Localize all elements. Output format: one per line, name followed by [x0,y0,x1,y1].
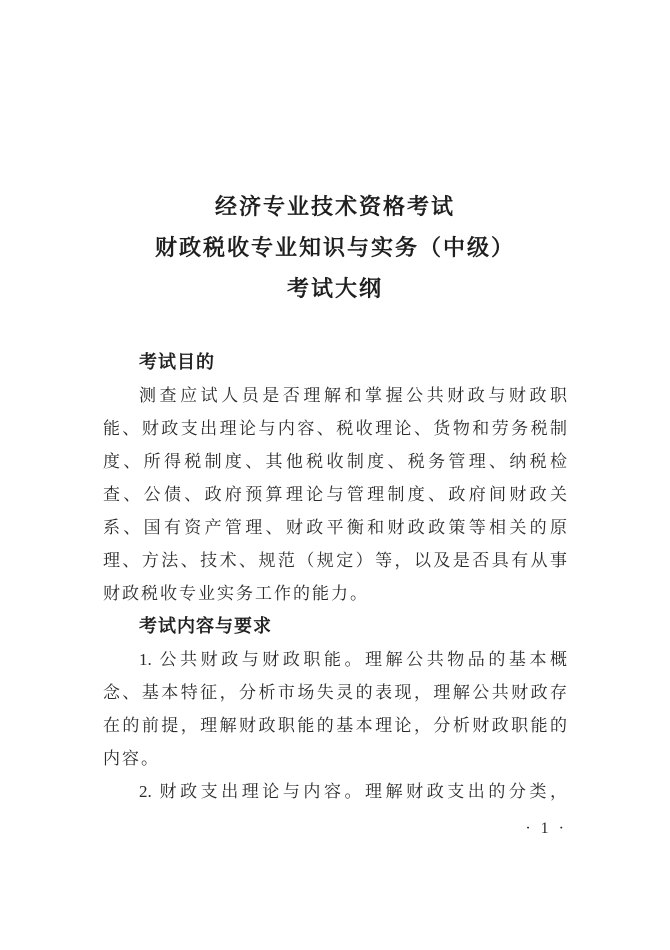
text-line: 测查应试人员是否理解和掌握公共财政与财政职 [103,379,567,412]
section-heading: 考试目的 [103,346,567,379]
title-line: 经济专业技术资格考试 [0,186,670,227]
text-line: 系、国有资产管理、财政平衡和财政政策等相关的原 [103,511,567,544]
document-page: 经济专业技术资格考试财政税收专业知识与实务（中级）考试大纲 考试目的测查应试人员… [0,0,670,950]
document-title: 经济专业技术资格考试财政税收专业知识与实务（中级）考试大纲 [0,186,670,309]
title-line: 考试大纲 [0,268,670,309]
text-line: 2. 财政支出理论与内容。理解财政支出的分类， [103,775,567,808]
text-line: 念、基本特征，分析市场失灵的表现，理解公共财政存 [103,676,567,709]
text-line: 理、方法、技术、规范（规定）等，以及是否具有从事 [103,544,567,577]
text-line: 能、财政支出理论与内容、税收理论、货物和劳务税制 [103,412,567,445]
text-line: 查、公债、政府预算理论与管理制度、政府间财政关 [103,478,567,511]
page-number: · 1 · [103,812,567,845]
text-line: 财政税收专业实务工作的能力。 [103,577,567,610]
text-line: 内容。 [103,742,567,775]
text-line: 在的前提，理解财政职能的基本理论，分析财政职能的 [103,709,567,742]
section-heading: 考试内容与要求 [103,610,567,643]
text-line: 1. 公共财政与财政职能。理解公共物品的基本概 [103,643,567,676]
document-content: 考试目的测查应试人员是否理解和掌握公共财政与财政职能、财政支出理论与内容、税收理… [103,346,567,808]
title-line: 财政税收专业知识与实务（中级） [0,227,670,268]
text-line: 度、所得税制度、其他税收制度、税务管理、纳税检 [103,445,567,478]
